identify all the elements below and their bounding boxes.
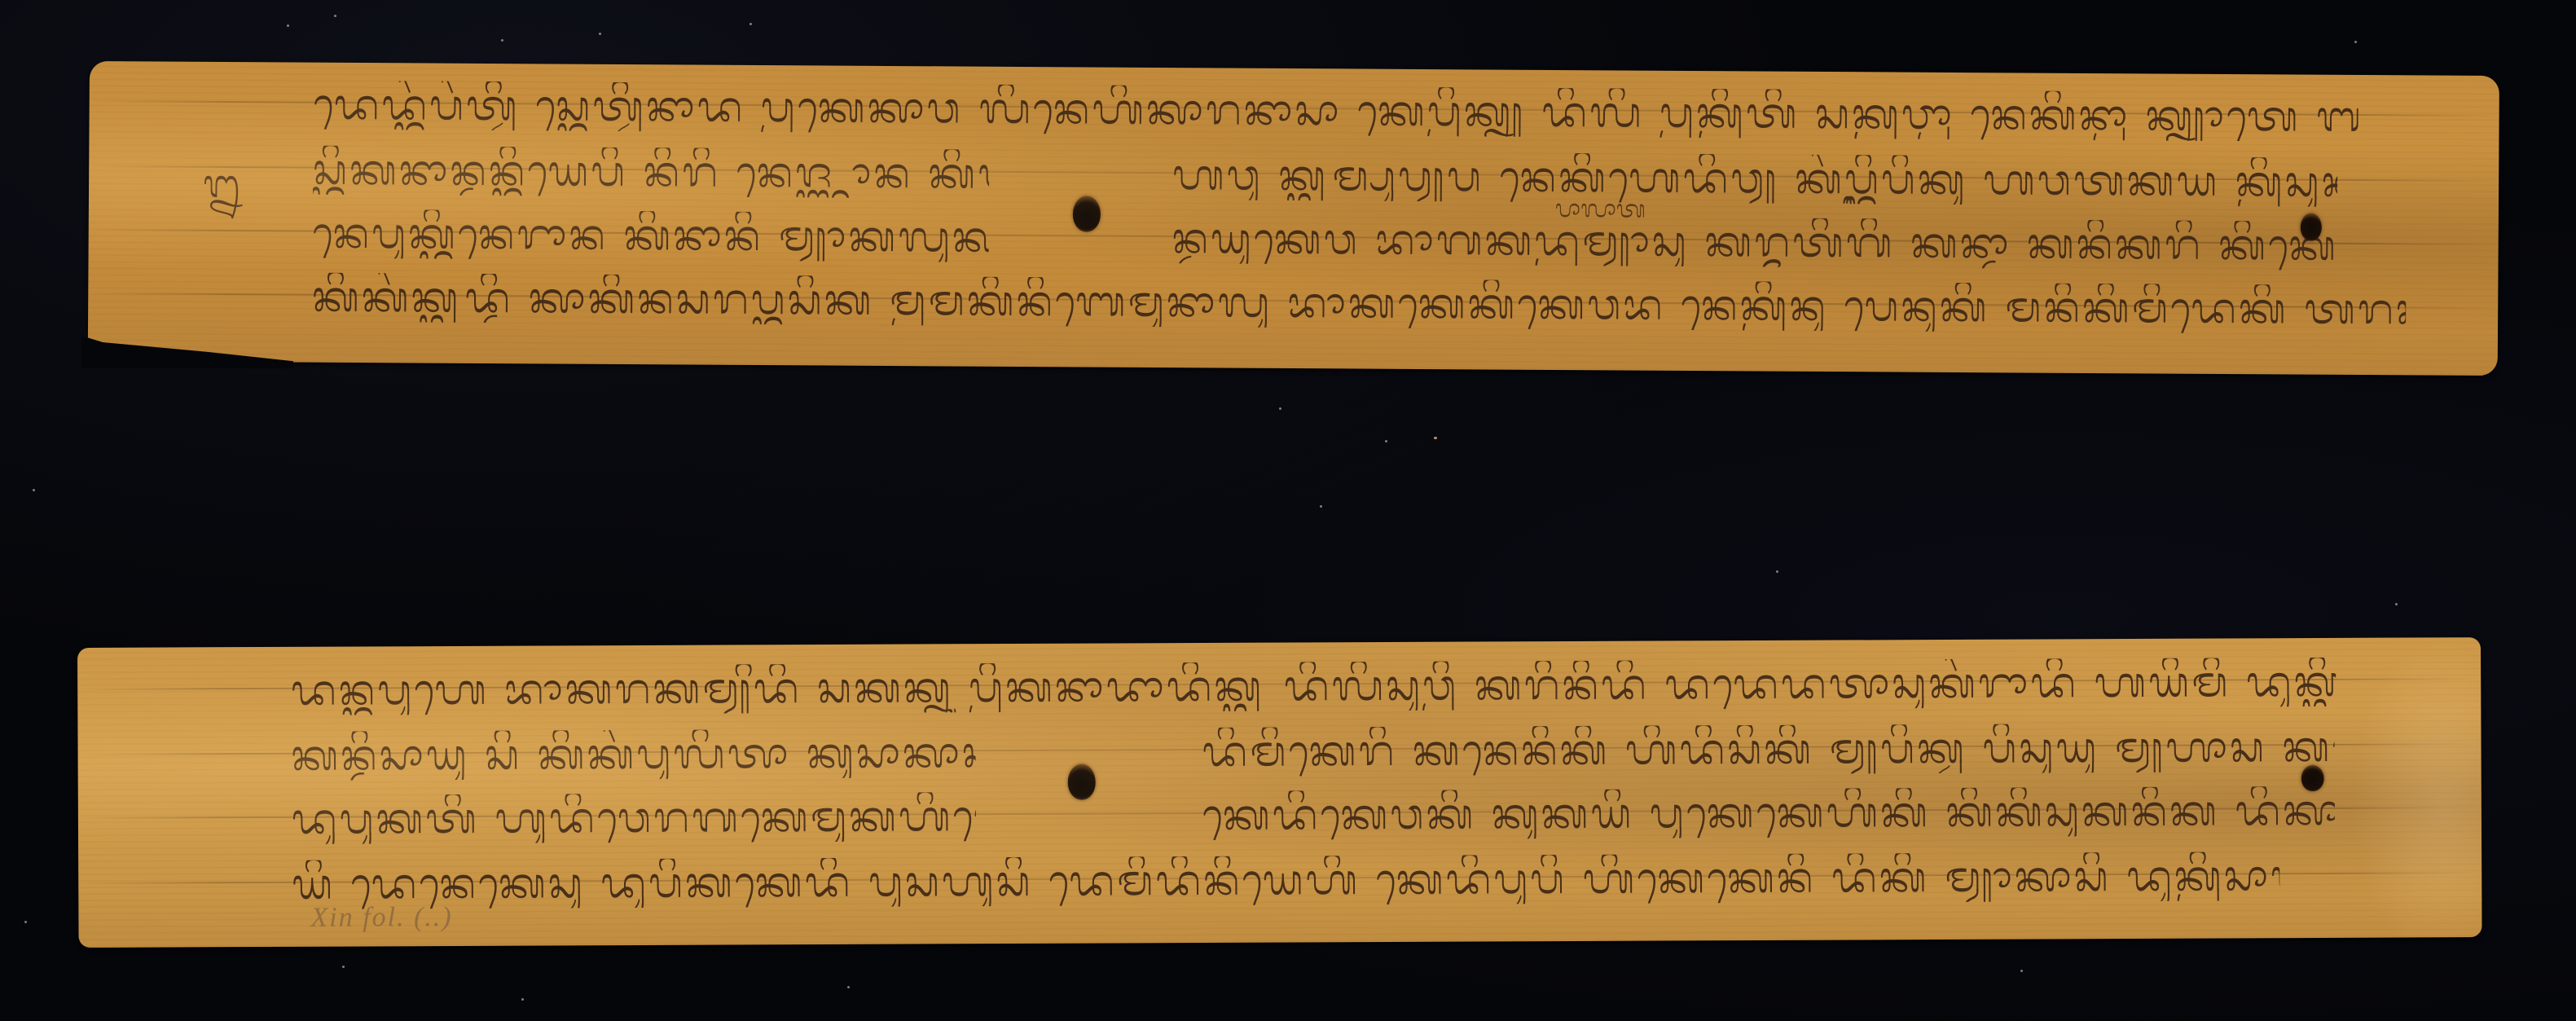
dust-speck bbox=[334, 15, 336, 17]
dust-speck bbox=[287, 24, 289, 27]
photo-stage: ᭒ ᬤᬾᬤ᭄ᬓᬂᬧᬂᬢ᭄ᬯᬶ ᬲ᭄ᬓᬾᬢ᭄ᬯᬶᬦᬵᬤ ᬧ᭄ᬭᬓᬾᬓᬵᬯ ᬮᬶᬦᬾ… bbox=[0, 0, 2576, 1021]
text-line-4: ᬬᬶ ᬤᬾᬦᬾᬓᬾᬲᬸ ᬤᬸᬧᬶᬓᬓᬾᬤᬶ ᬧᬸᬲᬳᬸᬲᬶ ᬤᬾᬫᬶᬤᬶᬦᬶᬬᬾ… bbox=[292, 852, 2279, 909]
folio-number: ᭒ bbox=[203, 156, 240, 226]
text-line-1: ᬤᬾᬤ᭄ᬓᬂᬧᬂᬢ᭄ᬯᬶ ᬲ᭄ᬓᬾᬢ᭄ᬯᬶᬦᬵᬤ ᬧ᭄ᬭᬓᬾᬓᬵᬯ ᬮᬶᬦᬾᬳᬶ… bbox=[313, 81, 2358, 142]
text-line-2-right: ᬤᬶᬫᬶᬓᬾᬭᬶ ᬓᬦᬾᬦᬶᬓᬶ ᬳᬶᬤᬶᬲᬶᬓᬶ ᬫ᭄ᬬᬧᬶᬓ᭄ᬯ ᬧᬶᬲᬸᬬ… bbox=[1202, 723, 2334, 777]
dust-speck bbox=[33, 489, 35, 491]
dust-speck bbox=[521, 998, 524, 1001]
string-hole-right bbox=[2301, 765, 2324, 791]
text-line-2-left: ᬲ᭄ᬢᬶᬓᬦᬵᬦ᭄ᬤᬦ᭄ᬓᬶᬬᬾᬧᬶ ᬦᬶᬭᬶ ᬦᬾᬚ᭄ᬜᬵᬦ ᬓᬶᬯᬦᬶᬕᬶᬦ… bbox=[313, 146, 989, 199]
palm-leaf-bottom: ᬤᬦ᭄ᬓᬧᬸᬳᬾ ᬪᬵᬓᬭᬓᬫ᭄ᬬᬶᬤᬶ ᬲᬓᬓ᭄ᬦᬸ ᬧ᭄ᬭᬶᬓᬦᬵᬤᬵᬤᬶᬓ… bbox=[77, 637, 2482, 948]
string-hole-right bbox=[2301, 213, 2322, 241]
text-line-3-right: ᬓᬾᬤᬶᬓᬾᬯᬓᬶ ᬓᬸᬓᬬᬶ ᬧᬸᬓᬾᬓᬾᬳᬶᬓᬶ ᬓᬶᬓᬶᬲᬸᬓᬦᬶᬓ ᬤᬶ… bbox=[1202, 786, 2335, 840]
dust-speck bbox=[2395, 603, 2398, 605]
dust-speck bbox=[1279, 407, 1281, 410]
text-line-4: ᬓᬶᬓᬂᬓ᭄ᬮᬤ᭄ᬤᬶ ᬓᬵᬓᬶᬦᬲᬭᬧ᭄ᬓᬲᬶᬓ ᬫ᭄ᬭᬫᬓᬶᬦᬶᬩᬾᬫᬸᬦᬵ… bbox=[312, 273, 2406, 335]
dust-speck bbox=[847, 986, 850, 988]
text-line-2-left: ᬓᬦ᭄ᬤᬶᬲᬵᬬᬸ ᬲᬶ ᬓᬶᬓᬂᬧᬸᬮᬶᬢᬵ ᬓᬸᬲᬵᬓᬵᬲᬵᬭ ᬧ᭄ᬭᬶᬓᬾ… bbox=[291, 728, 975, 781]
pencil-annotation: Xin fol. (..) bbox=[310, 902, 452, 934]
interlinear-note: ᬧᬵᬮᬵᬢ bbox=[1555, 191, 1646, 235]
dust-speck bbox=[2020, 970, 2023, 972]
dust-speck bbox=[2354, 41, 2357, 43]
dust-speck bbox=[342, 966, 345, 968]
dust-speck bbox=[1434, 437, 1437, 439]
dust-speck bbox=[501, 39, 503, 42]
dust-speck bbox=[1776, 570, 1778, 573]
dust-speck bbox=[750, 23, 752, 25]
dust-speck bbox=[1385, 440, 1387, 442]
dust-speck bbox=[1320, 505, 1322, 508]
text-line-2-right: ᬳᬯᬸ ᬓ᭄ᬮᬫ᭄ᬧᬸᬧ᭄ᬬᬧ ᬦᬾᬓᬶᬳᬾᬤᬶᬯ᭄ᬬ ᬓᬂᬧ᭄ᬓ᭄ᬢᬶᬧᬶᬓᬸ… bbox=[1172, 151, 2337, 207]
text-line-3-left: ᬤᬸᬧᬸᬓᬢᬶ ᬳᬸᬤᬶᬯᬾᬭᬕᬓᬾᬫᬸᬓᬳᬶᬯᬾ ᬓᬸᬲᬶ ᬳᬸᬕᬶᬦᬶᬓᬶ … bbox=[292, 792, 976, 844]
string-hole-center bbox=[1068, 764, 1096, 800]
string-hole-center bbox=[1073, 196, 1101, 231]
text-line-3-right: ᬦ᭄ᬚᬬᬸᬓᬾᬯ ᬪᬵᬕᬓᬤ᭄ᬭᬫ᭄ᬬᬵᬲᬸ ᬓᬭ᭄ᬫᬢᬶᬕᬶ ᬓᬦ᭄ᬤᬵ ᬓᬦ… bbox=[1172, 214, 2337, 271]
dust-speck bbox=[24, 921, 27, 923]
text-line-1: ᬤᬦ᭄ᬓᬧᬸᬳᬾ ᬪᬵᬓᬭᬓᬫ᭄ᬬᬶᬤᬶ ᬲᬓᬓ᭄ᬦᬸ ᬧ᭄ᬭᬶᬓᬦᬵᬤᬵᬤᬶᬓ… bbox=[291, 658, 2336, 715]
worn-edge bbox=[2350, 637, 2482, 938]
dust-speck bbox=[599, 33, 601, 35]
text-line-3-left: ᬦᬾᬧᬸᬓ᭄ᬢᬶᬦᬾᬭᬵᬦ ᬓᬶᬦᬵᬦᬶ ᬫ᭄ᬬᬵᬓᬮᬸᬓ ᬦᬶᬦᬾᬳᬾ ᬢᬸᬕ… bbox=[313, 209, 989, 262]
palm-leaf-top: ᭒ ᬤᬾᬤ᭄ᬓᬂᬧᬂᬢ᭄ᬯᬶ ᬲ᭄ᬓᬾᬢ᭄ᬯᬶᬦᬵᬤ ᬧ᭄ᬭᬓᬾᬓᬵᬯ ᬮᬶᬦᬾ… bbox=[88, 61, 2499, 376]
